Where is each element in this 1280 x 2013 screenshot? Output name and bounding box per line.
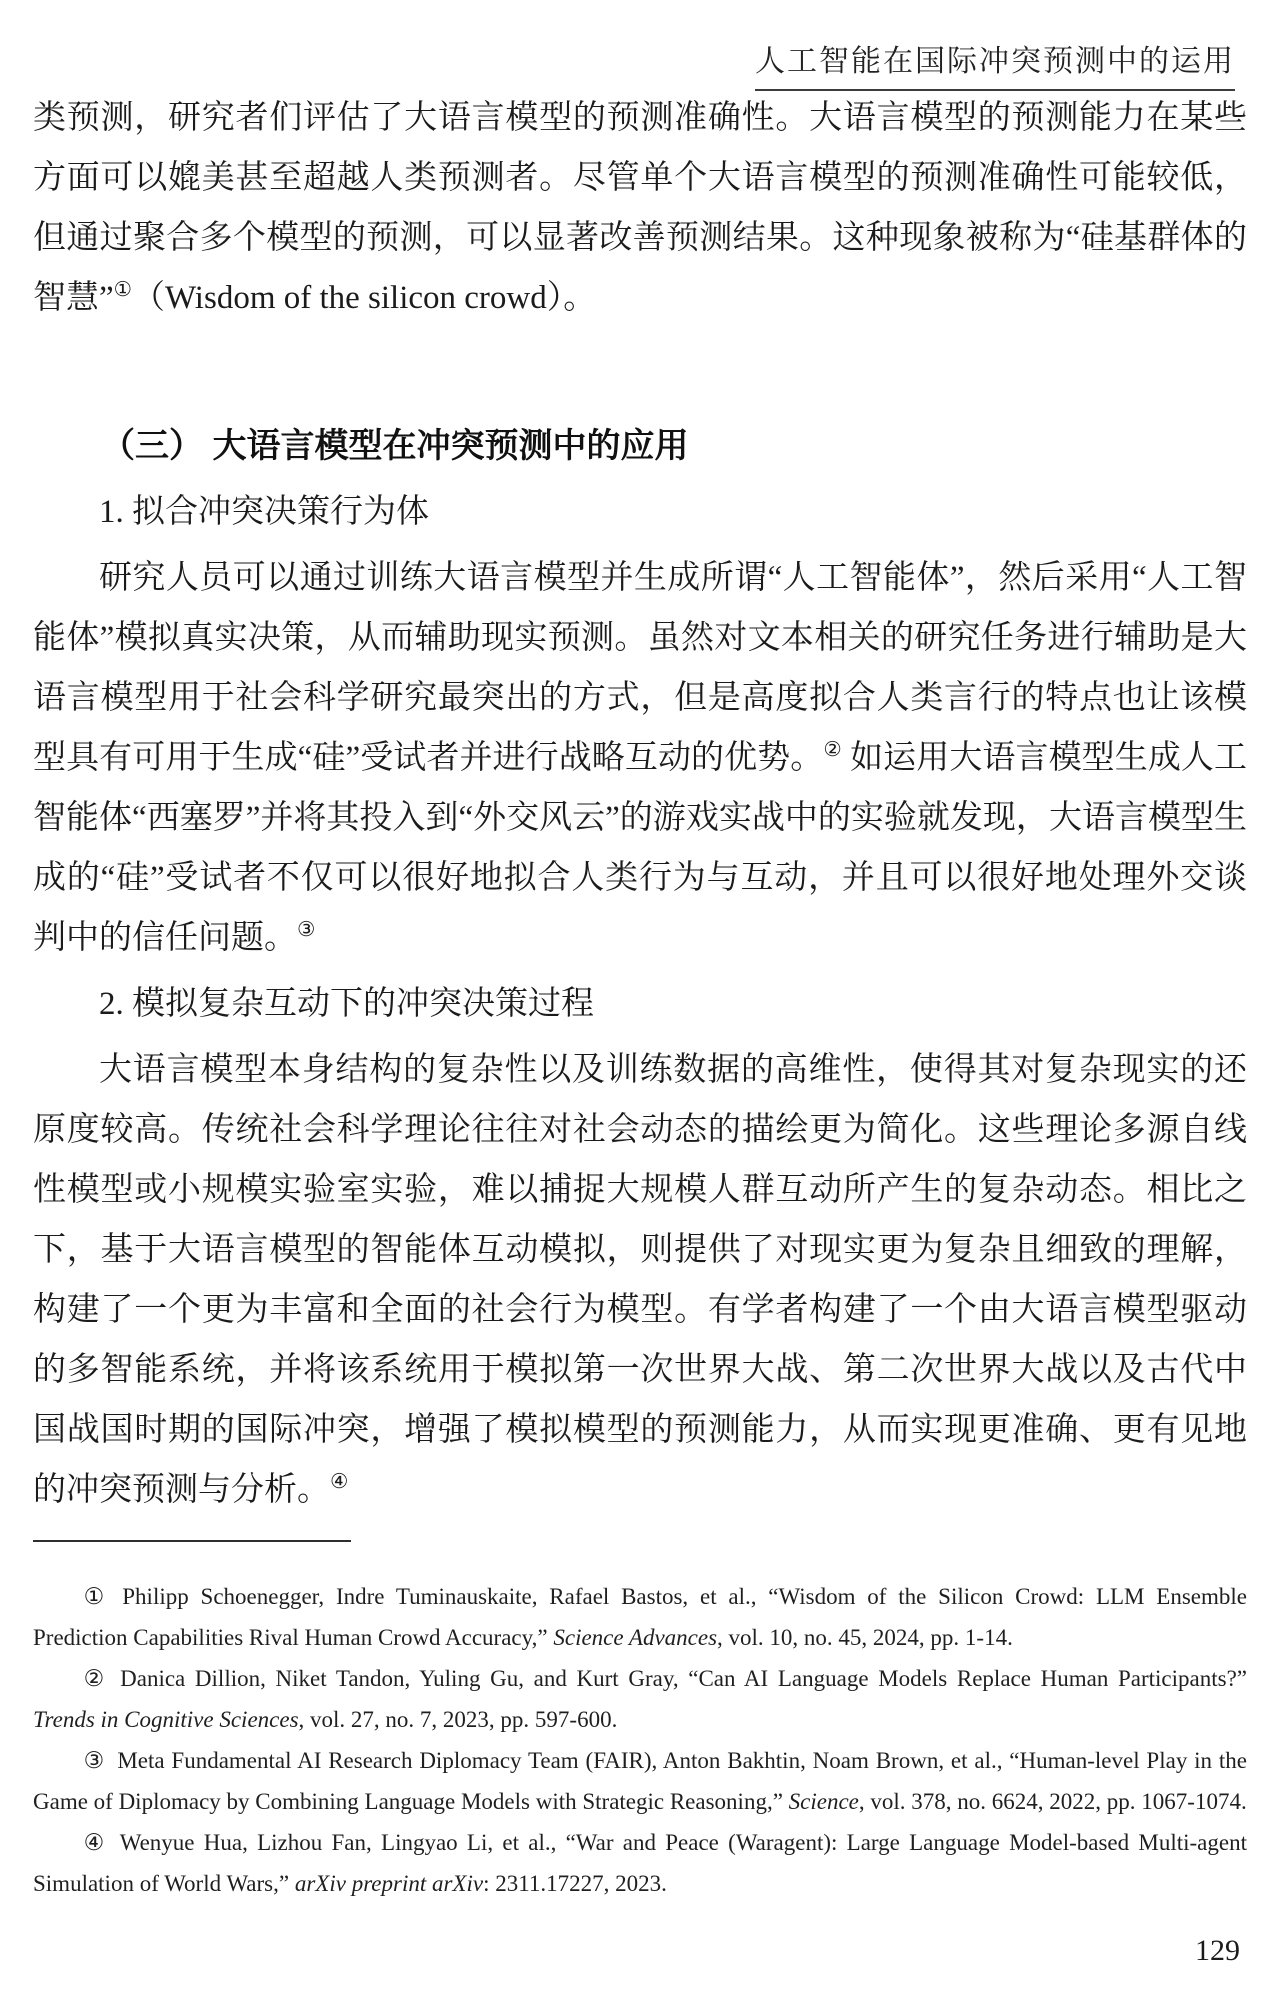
footnote-item: ③Meta Fundamental AI Research Diplomacy … — [33, 1740, 1247, 1822]
text-run: （Wisdom of the silicon crowd）。 — [132, 280, 596, 316]
footnote-marker: ④ — [84, 1830, 108, 1855]
section-heading: （三） 大语言模型在冲突预测中的应用 — [33, 416, 1247, 476]
footnote-ref: ② — [823, 739, 841, 761]
italic-text-run: Science — [789, 1789, 859, 1814]
text-run: （三） 大语言模型在冲突预测中的应用 — [101, 427, 688, 465]
italic-text-run: arXiv preprint arXiv — [295, 1871, 483, 1896]
footnote-ref: ④ — [330, 1471, 348, 1493]
text-run: : 2311.17227, 2023. — [483, 1871, 667, 1896]
footnote-item: ①Philipp Schoenegger, Indre Tuminauskait… — [33, 1576, 1247, 1658]
text-run: 2. 模拟复杂互动下的冲突决策过程 — [99, 986, 594, 1022]
footnote-item: ④Wenyue Hua, Lizhou Fan, Lingyao Li, et … — [33, 1822, 1247, 1904]
footnote-marker: ① — [84, 1584, 111, 1609]
footnote-item: ②Danica Dillion, Niket Tandon, Yuling Gu… — [33, 1658, 1247, 1740]
article-body: 类预测，研究者们评估了大语言模型的预测准确性。大语言模型的预测能力在某些方面可以… — [33, 88, 1247, 1520]
text-run: , vol. 27, no. 7, 2023, pp. 597-600. — [299, 1707, 618, 1732]
body-paragraph: 类预测，研究者们评估了大语言模型的预测准确性。大语言模型的预测能力在某些方面可以… — [33, 88, 1247, 328]
footnote-marker: ③ — [84, 1748, 106, 1773]
running-header: 人工智能在国际冲突预测中的运用 — [755, 36, 1235, 91]
page-number: 129 — [1195, 1934, 1240, 1968]
footnotes: ①Philipp Schoenegger, Indre Tuminauskait… — [33, 1576, 1247, 1904]
text-run: , vol. 10, no. 45, 2024, pp. 1-14. — [717, 1625, 1013, 1650]
text-run: Danica Dillion, Niket Tandon, Yuling Gu,… — [120, 1666, 1247, 1691]
body-paragraph: 大语言模型本身结构的复杂性以及训练数据的高维性，使得其对复杂现实的还原度较高。传… — [33, 1040, 1247, 1520]
footnote-marker: ② — [84, 1666, 109, 1691]
sub-heading: 2. 模拟复杂互动下的冲突决策过程 — [33, 974, 1247, 1034]
text-run: 1. 拟合冲突决策行为体 — [99, 494, 429, 530]
text-run: 大语言模型本身结构的复杂性以及训练数据的高维性，使得其对复杂现实的还原度较高。传… — [33, 1052, 1247, 1508]
footnote-ref: ① — [114, 279, 132, 301]
text-run: , vol. 378, no. 6624, 2022, pp. 1067-107… — [859, 1789, 1247, 1814]
body-paragraph: 研究人员可以通过训练大语言模型并生成所谓“人工智能体”，然后采用“人工智能体”模… — [33, 548, 1247, 968]
sub-heading: 1. 拟合冲突决策行为体 — [33, 482, 1247, 542]
italic-text-run: Trends in Cognitive Sciences — [33, 1707, 299, 1732]
article-content: 类预测，研究者们评估了大语言模型的预测准确性。大语言模型的预测能力在某些方面可以… — [33, 88, 1247, 1904]
document-page: 人工智能在国际冲突预测中的运用 类预测，研究者们评估了大语言模型的预测准确性。大… — [0, 0, 1280, 2013]
running-header-title: 人工智能在国际冲突预测中的运用 — [755, 36, 1235, 91]
italic-text-run: Science Advances — [553, 1625, 717, 1650]
footnote-separator — [33, 1540, 351, 1542]
footnote-ref: ③ — [297, 919, 315, 941]
